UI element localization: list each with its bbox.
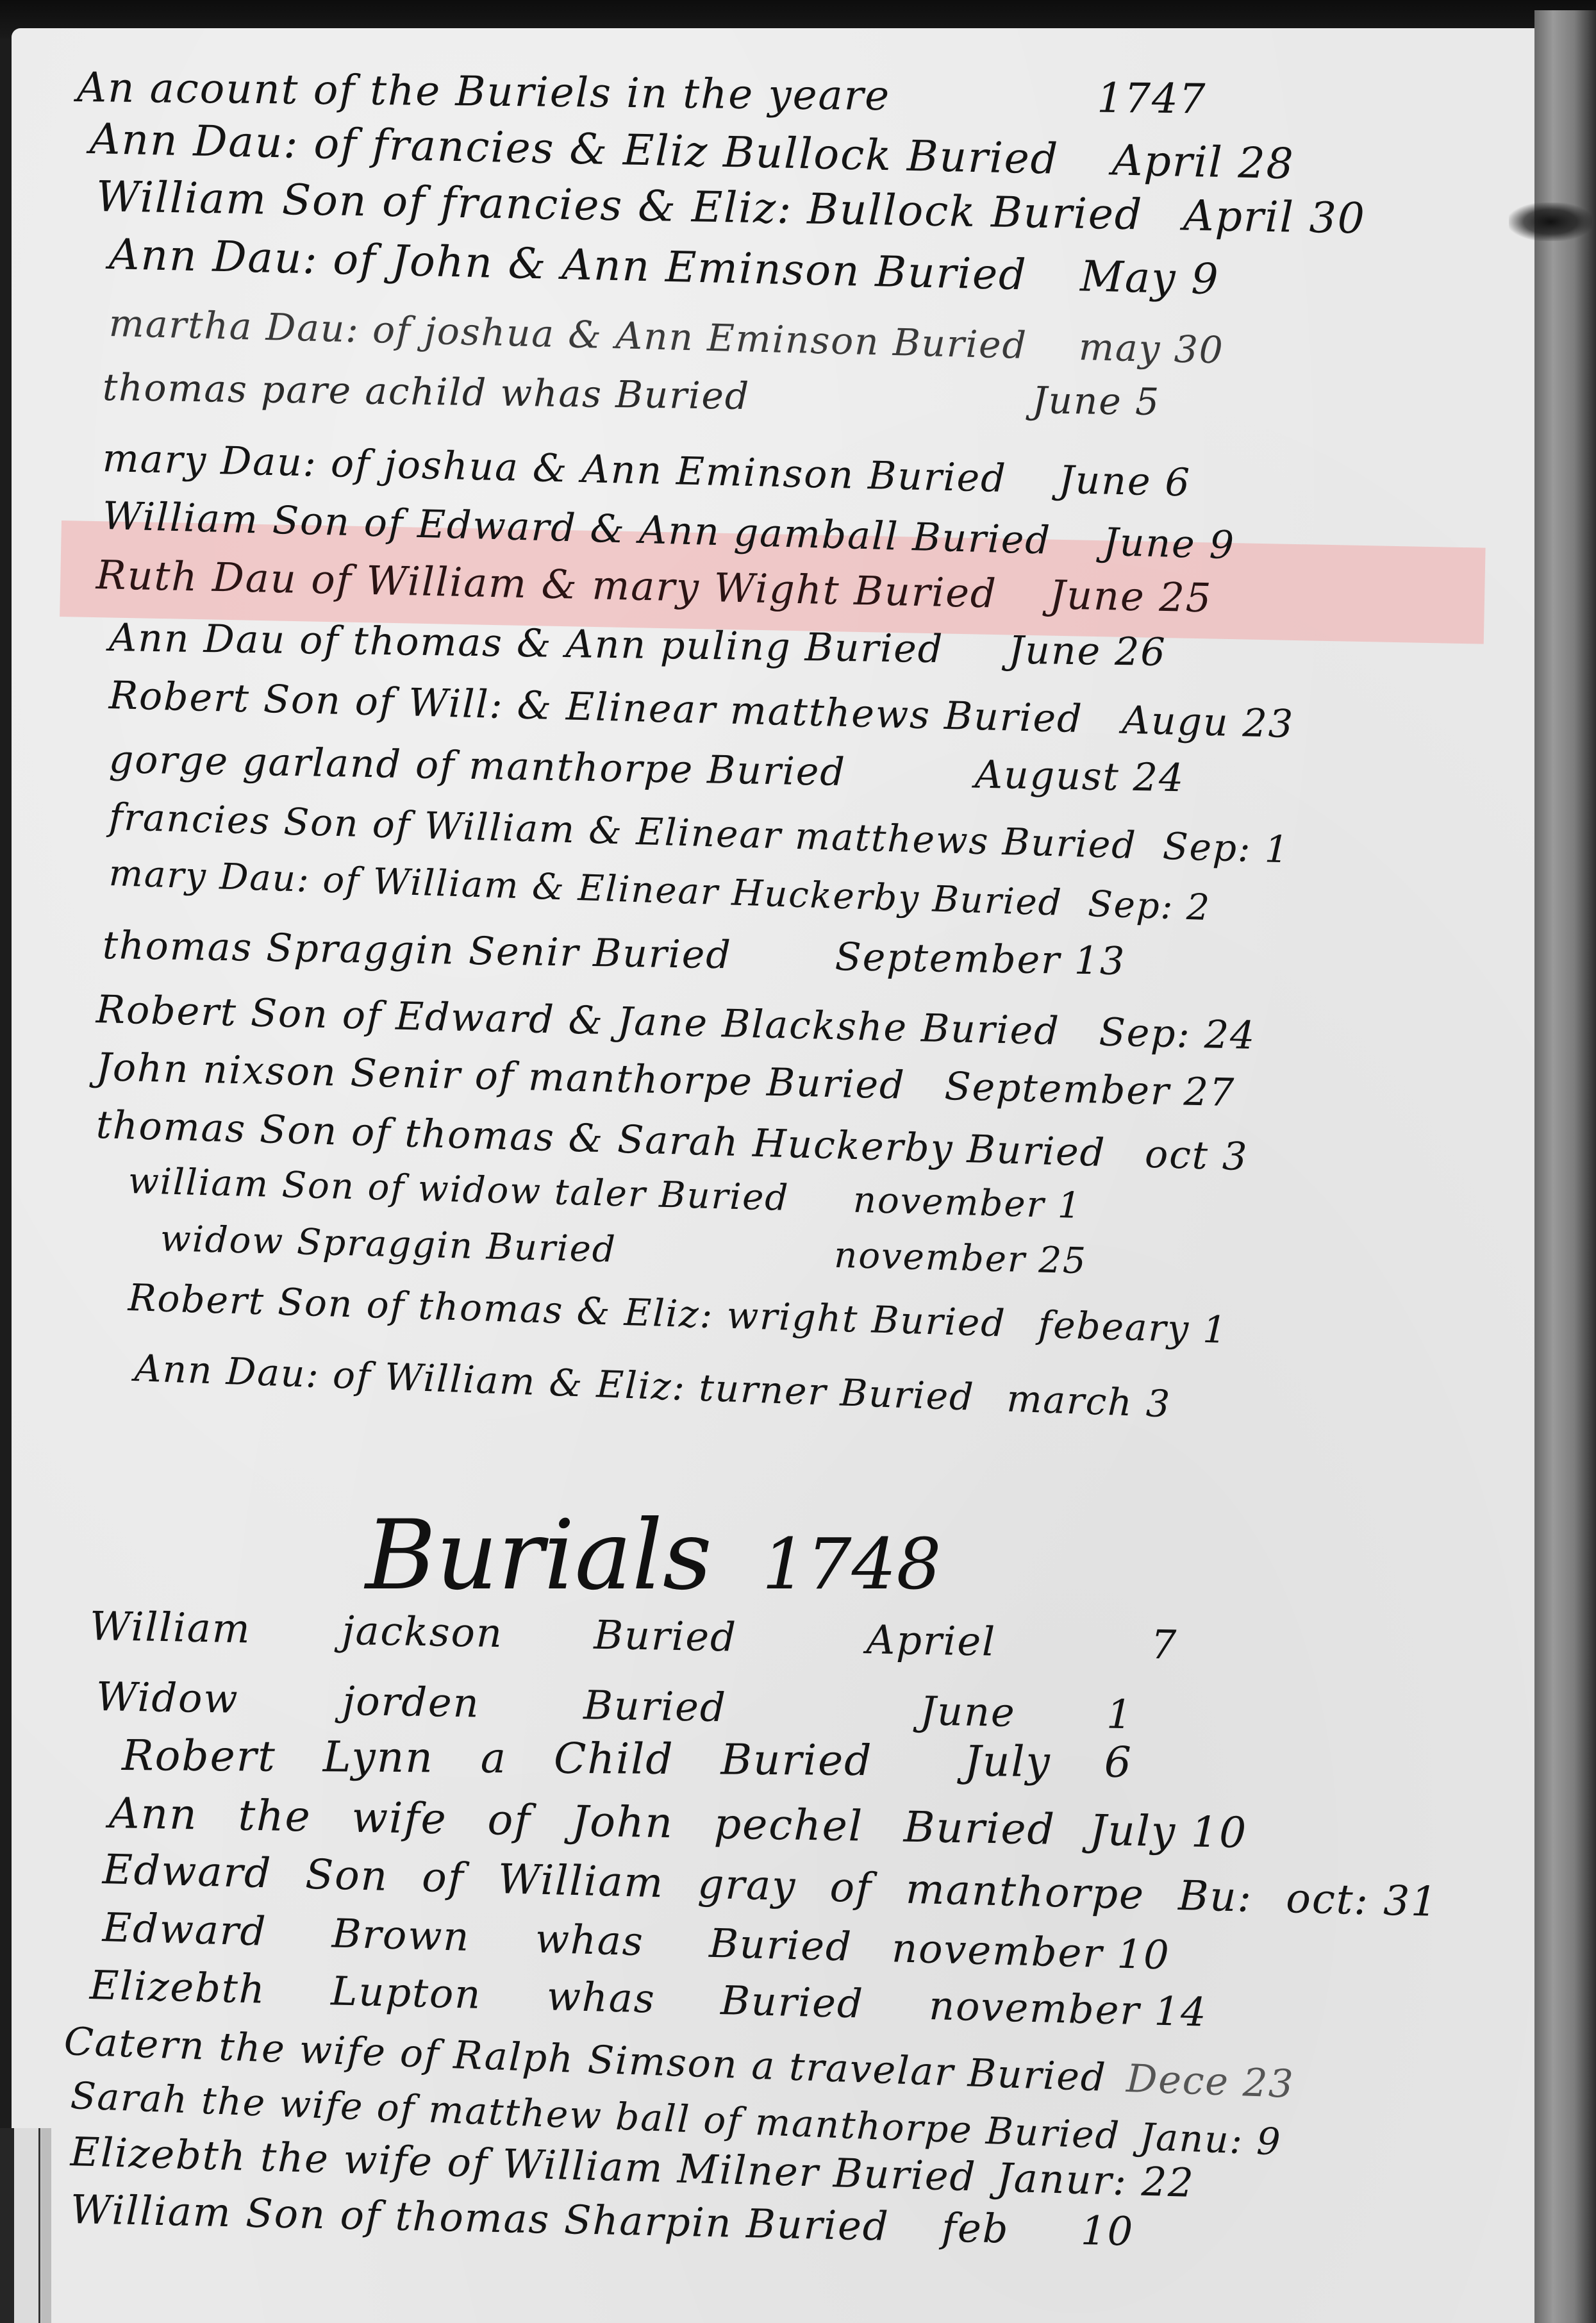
entry-date: oct 3 <box>1144 1132 1249 1179</box>
entry-text: widow Spraggin Buried <box>160 1218 617 1270</box>
entry-date: oct: 31 <box>1286 1875 1439 1926</box>
entry-1748: Robert Lynn a Child Buried July 6 <box>122 1731 1133 1787</box>
entry-1747: widow Spraggin Buried november 25 <box>160 1218 1087 1282</box>
entry-text: Ann Dau: of John & Ann Eminson Buried <box>108 229 1027 299</box>
entry-date: April 28 <box>1111 135 1295 188</box>
entry-date: Sep: 1 <box>1162 824 1290 872</box>
entry-text: thomas Spraggin Senir Buried <box>102 923 732 978</box>
entry-text: William Son of Edward & Ann gamball Buri… <box>102 494 1052 563</box>
entry-date: June 1 <box>920 1687 1134 1738</box>
heading-year: 1748 <box>762 1523 942 1605</box>
entry-date: Sep: 2 <box>1087 883 1211 929</box>
entry-date: may 30 <box>1078 325 1224 372</box>
entry-text: Robert Son of Edward & Jane Blackshe Bur… <box>96 987 1060 1054</box>
entry-date: Dece 23 <box>1126 2056 1295 2107</box>
entry-date: June 25 <box>1049 571 1213 621</box>
entry-1747: mary Dau: of joshua & Ann Eminson Buried… <box>102 436 1191 506</box>
entry-1747: Ann Dau of thomas & Ann puling Buried Ju… <box>109 615 1167 675</box>
entry-text: gorge garland of manthorpe Buried <box>108 737 846 795</box>
entry-text: francies Son of William & Elinear matthe… <box>108 795 1137 867</box>
entry-date: feb 10 <box>941 2204 1134 2254</box>
entry-date: May 9 <box>1080 251 1220 304</box>
register-text: An acount of the Buriels in the yeare 17… <box>0 0 1596 2323</box>
entry-text: william Son of widow taler Buried <box>128 1160 790 1219</box>
entry-text: Ann Dau: of William & Eliz: turner Burie… <box>134 1346 976 1419</box>
entry-date: Sep: 24 <box>1099 1010 1256 1059</box>
entry-date: febeary 1 <box>1038 1303 1229 1352</box>
entry-1747: John nixson Senir of manthorpe Buried Se… <box>96 1045 1236 1115</box>
entry-1748: Widow jorden Buried June 1 <box>96 1673 1133 1738</box>
entry-text: mary Dau: of William & Elinear Huckerby … <box>108 853 1063 924</box>
entry-date: Augu 23 <box>1122 698 1295 747</box>
entry-date: Apriel 7 <box>866 1616 1178 1668</box>
entry-date: march 3 <box>1006 1377 1172 1426</box>
entry-text: Robert Lynn a Child Buried <box>122 1731 873 1785</box>
entry-text: Ann Dau of thomas & Ann puling Buried <box>109 615 944 672</box>
entry-date: June 6 <box>1058 458 1192 506</box>
entry-1747: gorge garland of manthorpe Buried August… <box>108 737 1185 801</box>
entry-date: July 10 <box>1089 1806 1248 1858</box>
entry-1747: Robert Son of Edward & Jane Blackshe Bur… <box>96 987 1256 1058</box>
register-header: An acount of the Buriels in the yeare 17… <box>77 64 1207 123</box>
entry-date: June 9 <box>1102 520 1236 568</box>
entry-text: Elizebth Lupton whas Buried <box>89 1961 864 2027</box>
entry-1747: thomas Spraggin Senir Buried September 1… <box>102 923 1126 984</box>
section-heading-1748: Burials 1748 <box>365 1500 942 1611</box>
entry-text: Edward Brown whas Buried <box>102 1904 853 1970</box>
entry-1747: Robert Son of Will: & Elinear matthews B… <box>108 673 1295 747</box>
entry-text: thomas pare achild whas Buried <box>103 365 751 418</box>
entry-text: Ann Dau: of francies & Eliz Bullock Buri… <box>89 114 1060 184</box>
entry-date: July 6 <box>964 1736 1133 1787</box>
entry-1747: thomas pare achild whas Buried June 5 <box>103 365 1161 424</box>
entry-text: Ruth Dau of William & mary Wight Buried <box>96 551 997 617</box>
entry-1747: Ann Dau: of John & Ann Eminson Buried Ma… <box>108 229 1220 304</box>
entry-text: John nixson Senir of manthorpe Buried <box>96 1045 906 1108</box>
entry-date: September 27 <box>944 1064 1236 1115</box>
heading-text: Burials <box>365 1500 712 1611</box>
entry-text: Robert Son of Will: & Elinear matthews B… <box>108 673 1083 742</box>
entry-date: June 5 <box>1032 378 1161 424</box>
entry-date: June 26 <box>1008 628 1167 675</box>
entry-date: Janur: 22 <box>996 2154 1195 2206</box>
entry-date: August 24 <box>974 753 1185 801</box>
entry-1748: Ann the wife of John pechel Buried July … <box>108 1788 1247 1858</box>
entry-date: April 30 <box>1183 191 1366 244</box>
entry-text: Widow jorden Buried <box>96 1673 727 1731</box>
entry-date: november 10 <box>891 1924 1170 1978</box>
entry-1748: William jackson Buried Apriel 7 <box>89 1603 1177 1669</box>
entry-date: november 1 <box>852 1179 1082 1227</box>
entry-1747: Robert Son of thomas & Eliz: wright Buri… <box>128 1276 1228 1352</box>
entry-date: november 14 <box>928 1982 1208 2036</box>
entry-text: Robert Son of thomas & Eliz: wright Buri… <box>128 1276 1006 1345</box>
entry-date: September 13 <box>835 935 1126 984</box>
entry-date: november 25 <box>834 1235 1088 1283</box>
entry-1747: Ann Dau: of William & Eliz: turner Burie… <box>134 1346 1172 1426</box>
header-year: 1747 <box>1097 75 1207 124</box>
header-text: An acount of the Buriels in the yeare <box>77 64 891 120</box>
entry-text: Ann the wife of John pechel Buried <box>108 1788 1056 1854</box>
entry-text: William Son of thomas Sharpin Buried <box>70 2186 890 2250</box>
entry-text: martha Dau: of joshua & Ann Eminson Buri… <box>108 301 1027 367</box>
entry-text: mary Dau: of joshua & Ann Eminson Buried <box>102 436 1007 501</box>
entry-date: Janu: 9 <box>1139 2115 1283 2163</box>
entry-1747: martha Dau: of joshua & Ann Eminson Buri… <box>108 301 1224 372</box>
